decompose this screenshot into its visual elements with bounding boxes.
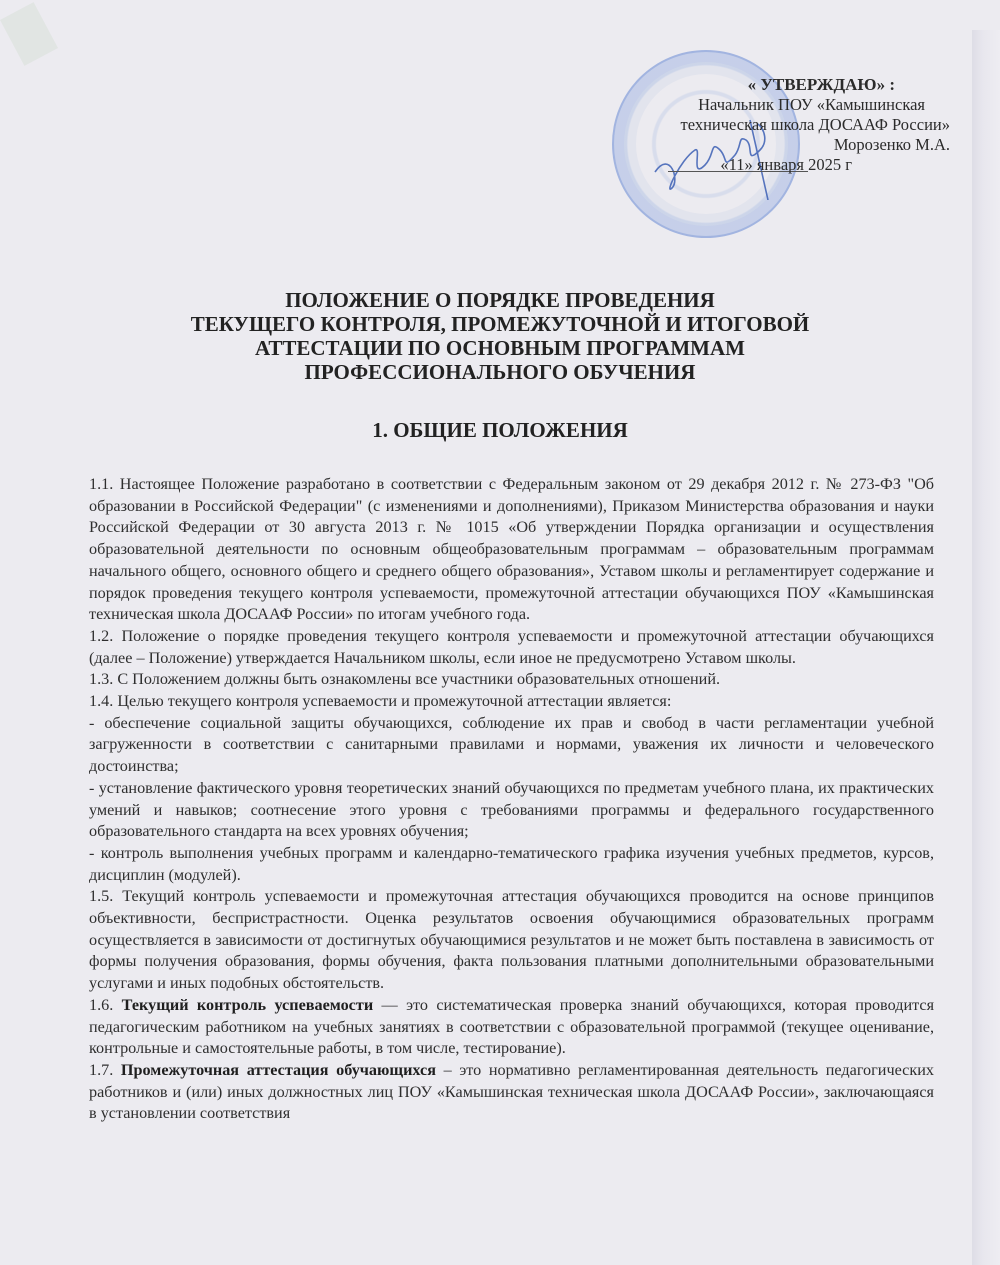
approval-date: «11» января 2025 г <box>605 155 950 175</box>
title-line: ПРОФЕССИОНАЛЬНОГО ОБУЧЕНИЯ <box>150 360 850 384</box>
approval-signatory: Морозенко М.А. <box>605 135 950 155</box>
approval-heading: « УТВЕРЖДАЮ» : <box>605 75 950 95</box>
term-interim-attestation: Промежуточная аттестация обучающихся <box>121 1061 436 1079</box>
title-line: ПОЛОЖЕНИЕ О ПОРЯДКЕ ПРОВЕДЕНИЯ <box>150 288 850 312</box>
approval-block: « УТВЕРЖДАЮ» : Начальник ПОУ «Камышинска… <box>605 75 950 175</box>
paragraph-1-1: 1.1. Настоящее Положение разработано в с… <box>89 474 934 626</box>
paragraph-number: 1.6. <box>89 996 122 1014</box>
paragraph-1-6: 1.6. Текущий контроль успеваемости — это… <box>89 995 934 1060</box>
scanned-page: « УТВЕРЖДАЮ» : Начальник ПОУ «Камышинска… <box>0 0 1000 1265</box>
paragraph-1-4: 1.4. Целью текущего контроля успеваемост… <box>89 691 934 713</box>
paragraph-1-3: 1.3. С Положением должны быть ознакомлен… <box>89 669 934 691</box>
title-line: ТЕКУЩЕГО КОНТРОЛЯ, ПРОМЕЖУТОЧНОЙ И ИТОГО… <box>150 312 850 336</box>
title-line: АТТЕСТАЦИИ ПО ОСНОВНЫМ ПРОГРАММАМ <box>150 336 850 360</box>
document-title: ПОЛОЖЕНИЕ О ПОРЯДКЕ ПРОВЕДЕНИЯ ТЕКУЩЕГО … <box>150 288 850 384</box>
paragraph-1-2: 1.2. Положение о порядке проведения теку… <box>89 626 934 669</box>
paragraph-1-7: 1.7. Промежуточная аттестация обучающихс… <box>89 1060 934 1125</box>
page-edge-shadow <box>972 30 1000 1265</box>
paragraph-number: 1.7. <box>89 1061 121 1079</box>
tape-mark <box>0 2 58 66</box>
list-item-program-control: - контроль выполнения учебных программ и… <box>89 843 934 886</box>
document-body: 1.1. Настоящее Положение разработано в с… <box>89 474 934 1125</box>
list-item-social-protection: - обеспечение социальной защиты обучающи… <box>89 713 934 778</box>
term-current-control: Текущий контроль успеваемости <box>122 996 374 1014</box>
paragraph-1-5: 1.5. Текущий контроль успеваемости и про… <box>89 886 934 995</box>
section-heading: 1. ОБЩИЕ ПОЛОЖЕНИЯ <box>150 418 850 443</box>
approval-position: Начальник ПОУ «Камышинская <box>605 95 950 115</box>
approval-organization: техническая школа ДОСААФ России» <box>605 115 950 135</box>
list-item-knowledge-level: - установление фактического уровня теоре… <box>89 778 934 843</box>
